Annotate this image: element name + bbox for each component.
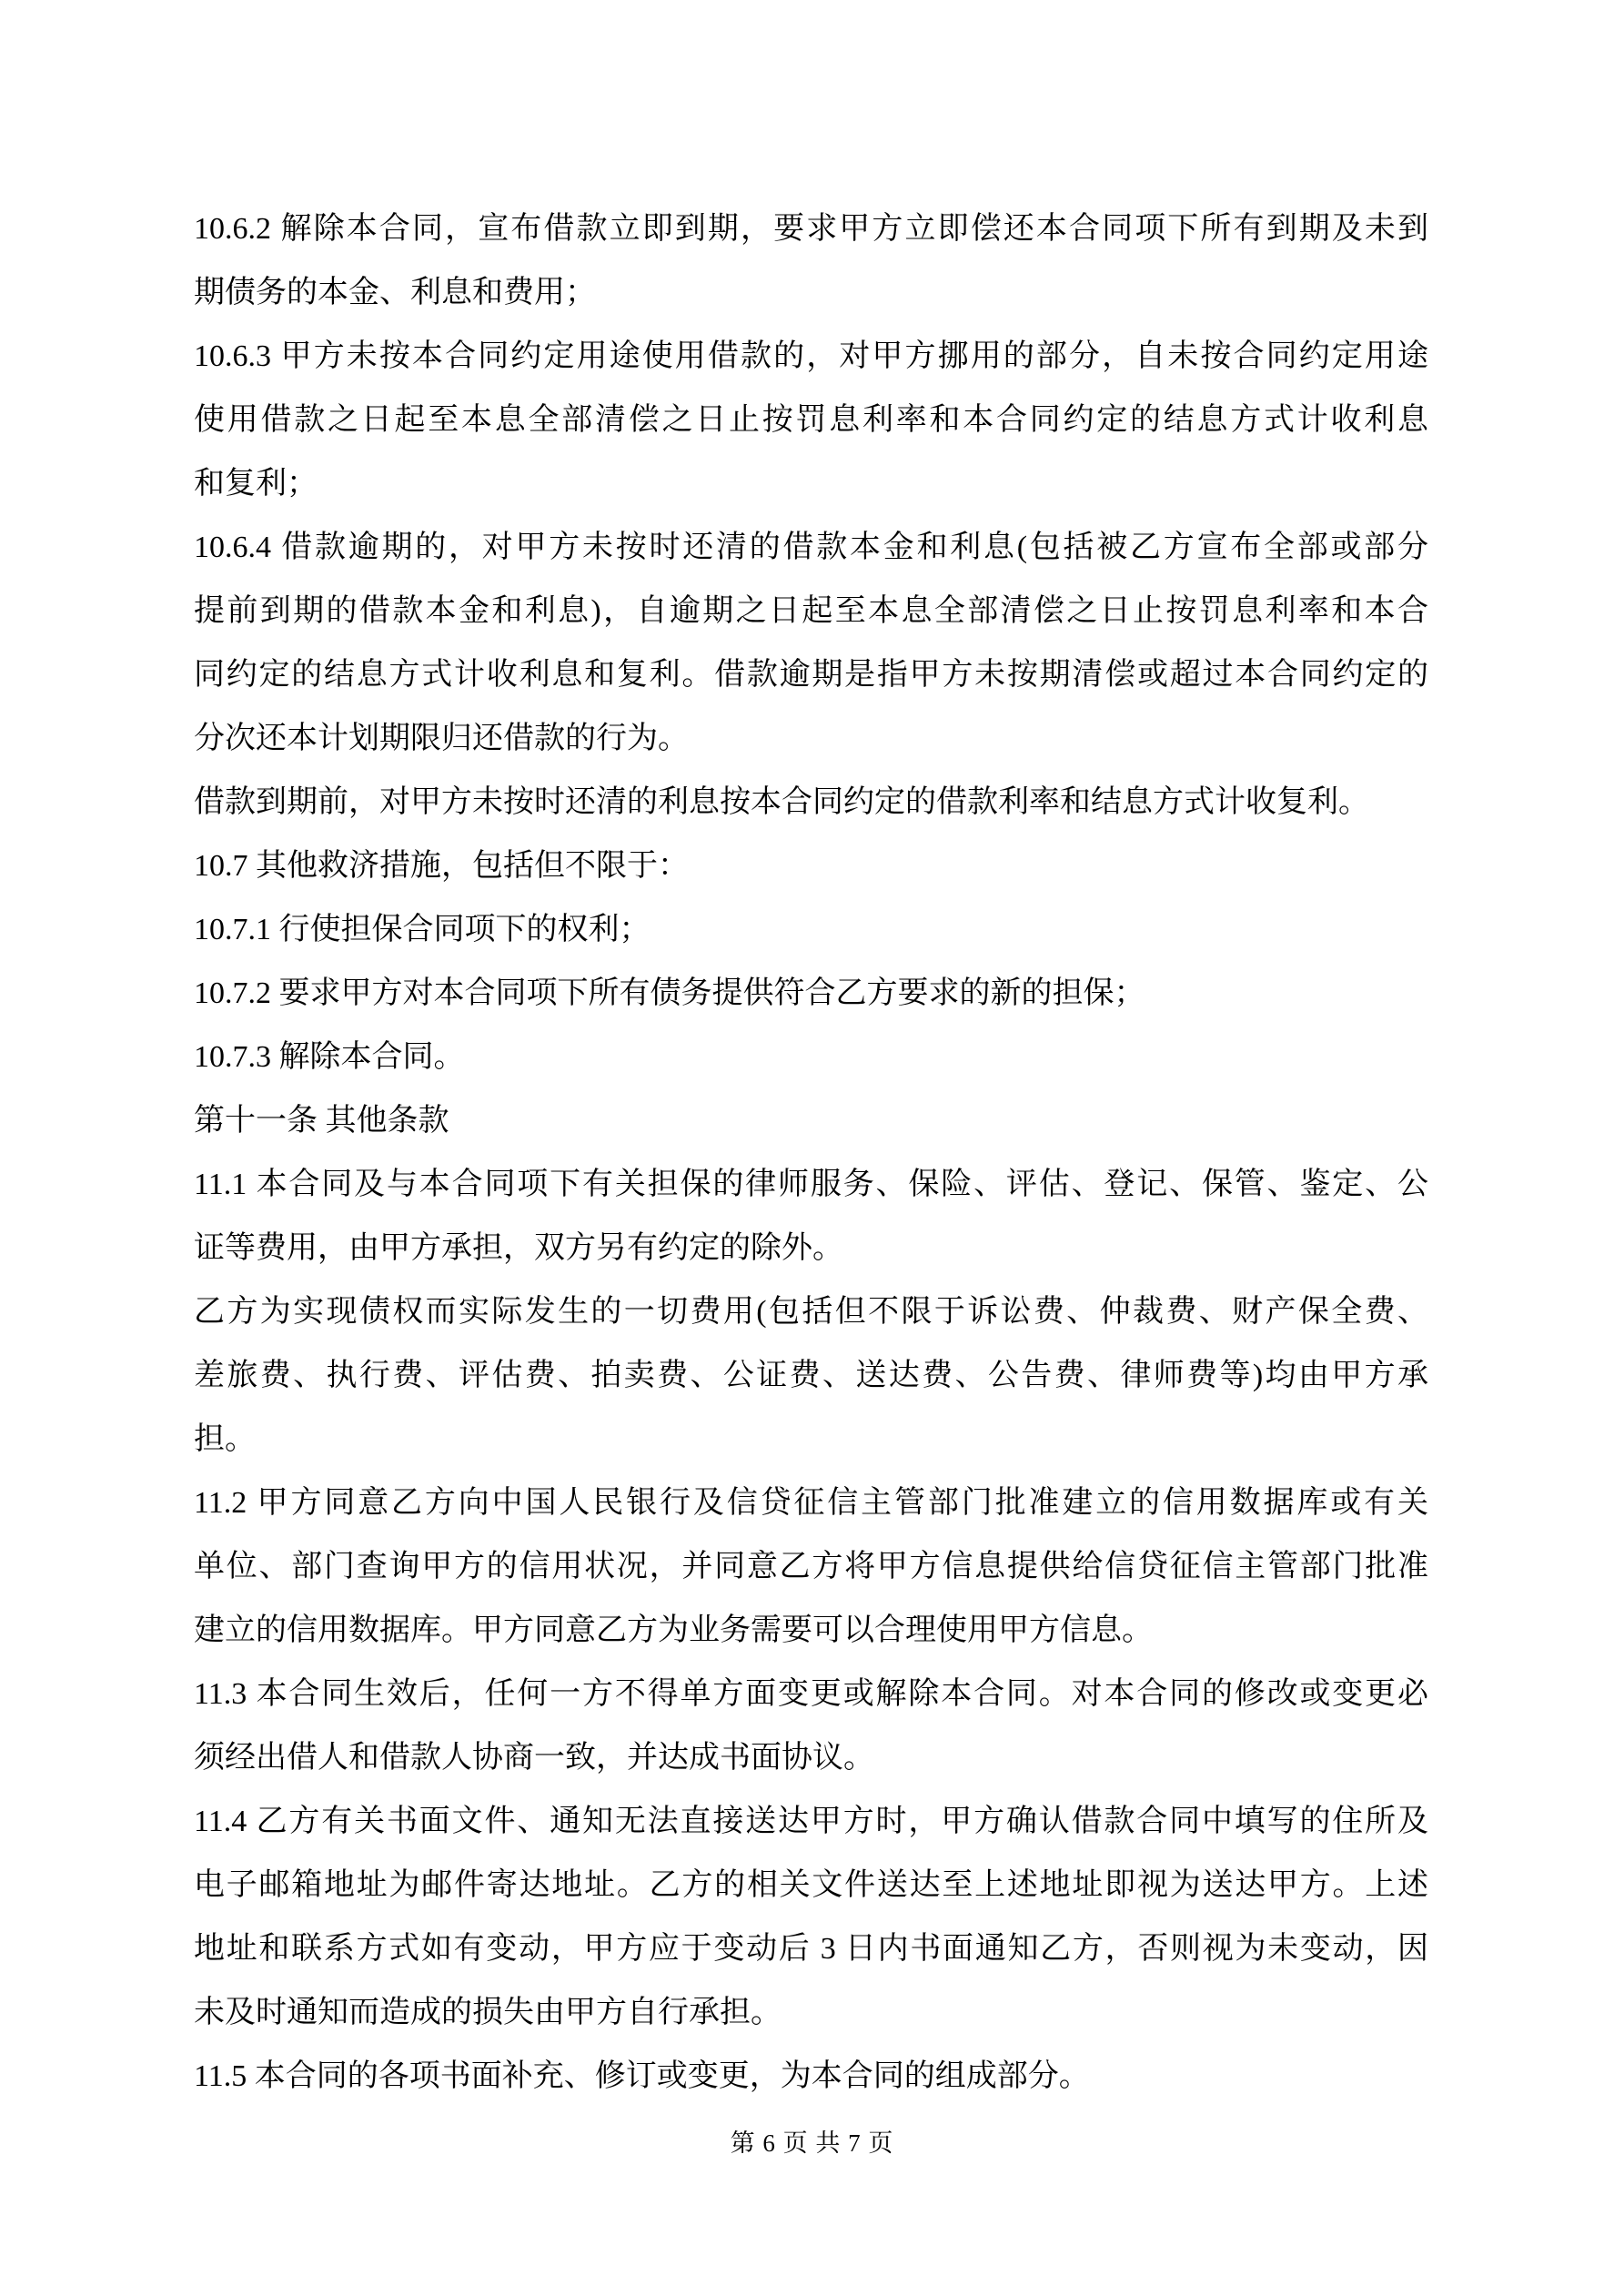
document-page: 10.6.2 解除本合同，宣布借款立即到期，要求甲方立即偿还本合同项下所有到期及… (0, 0, 1624, 2296)
text-line: 10.6.2 解除本合同，宣布借款立即到期，要求甲方立即偿还本合同项下所有到期及… (194, 197, 1428, 261)
text-line: 建立的信用数据库。甲方同意乙方为业务需要可以合理使用甲方信息。 (194, 1599, 1428, 1663)
contract-text-body: 10.6.2 解除本合同，宣布借款立即到期，要求甲方立即偿还本合同项下所有到期及… (194, 197, 1428, 2109)
page-number-footer: 第 6 页 共 7 页 (0, 2127, 1624, 2159)
text-line: 10.7.3 解除本合同。 (194, 1026, 1428, 1089)
text-line: 第十一条 其他条款 (194, 1089, 1428, 1153)
text-line: 差旅费、执行费、评估费、拍卖费、公证费、送达费、公告费、律师费等)均由甲方承 (194, 1344, 1428, 1408)
text-line: 11.5 本合同的各项书面补充、修订或变更，为本合同的组成部分。 (194, 2045, 1428, 2109)
text-line: 10.7.1 行使担保合同项下的权利； (194, 898, 1428, 962)
text-line: 10.6.3 甲方未按本合同约定用途使用借款的，对甲方挪用的部分，自未按合同约定… (194, 325, 1428, 389)
text-line: 担。 (194, 1408, 1428, 1472)
text-line: 提前到期的借款本金和利息)，自逾期之日起至本息全部清偿之日止按罚息利率和本合 (194, 580, 1428, 643)
text-line: 单位、部门查询甲方的信用状况，并同意乙方将甲方信息提供给信贷征信主管部门批准 (194, 1535, 1428, 1599)
text-line: 分次还本计划期限归还借款的行为。 (194, 707, 1428, 771)
text-line: 须经出借人和借款人协商一致，并达成书面协议。 (194, 1726, 1428, 1790)
text-line: 11.2 甲方同意乙方向中国人民银行及信贷征信主管部门批准建立的信用数据库或有关 (194, 1472, 1428, 1535)
text-line: 10.7.2 要求甲方对本合同项下所有债务提供符合乙方要求的新的担保； (194, 962, 1428, 1026)
text-line: 乙方为实现债权而实际发生的一切费用(包括但不限于诉讼费、仲裁费、财产保全费、 (194, 1280, 1428, 1344)
text-line: 同约定的结息方式计收利息和复利。借款逾期是指甲方未按期清偿或超过本合同约定的 (194, 643, 1428, 707)
text-line: 和复利； (194, 452, 1428, 516)
text-line: 使用借款之日起至本息全部清偿之日止按罚息利率和本合同约定的结息方式计收利息 (194, 389, 1428, 452)
text-line: 11.1 本合同及与本合同项下有关担保的律师服务、保险、评估、登记、保管、鉴定、… (194, 1153, 1428, 1217)
text-line: 期债务的本金、利息和费用； (194, 261, 1428, 325)
text-line: 11.4 乙方有关书面文件、通知无法直接送达甲方时，甲方确认借款合同中填写的住所… (194, 1790, 1428, 1854)
text-line: 10.7 其他救济措施，包括但不限于： (194, 834, 1428, 898)
text-line: 未及时通知而造成的损失由甲方自行承担。 (194, 1981, 1428, 2045)
text-line: 电子邮箱地址为邮件寄达地址。乙方的相关文件送达至上述地址即视为送达甲方。上述 (194, 1854, 1428, 1917)
text-line: 借款到期前，对甲方未按时还清的利息按本合同约定的借款利率和结息方式计收复利。 (194, 771, 1428, 834)
text-line: 11.3 本合同生效后，任何一方不得单方面变更或解除本合同。对本合同的修改或变更… (194, 1663, 1428, 1726)
text-line: 证等费用，由甲方承担，双方另有约定的除外。 (194, 1217, 1428, 1280)
text-line: 地址和联系方式如有变动，甲方应于变动后 3 日内书面通知乙方，否则视为未变动，因 (194, 1917, 1428, 1981)
text-line: 10.6.4 借款逾期的，对甲方未按时还清的借款本金和利息(包括被乙方宣布全部或… (194, 516, 1428, 580)
